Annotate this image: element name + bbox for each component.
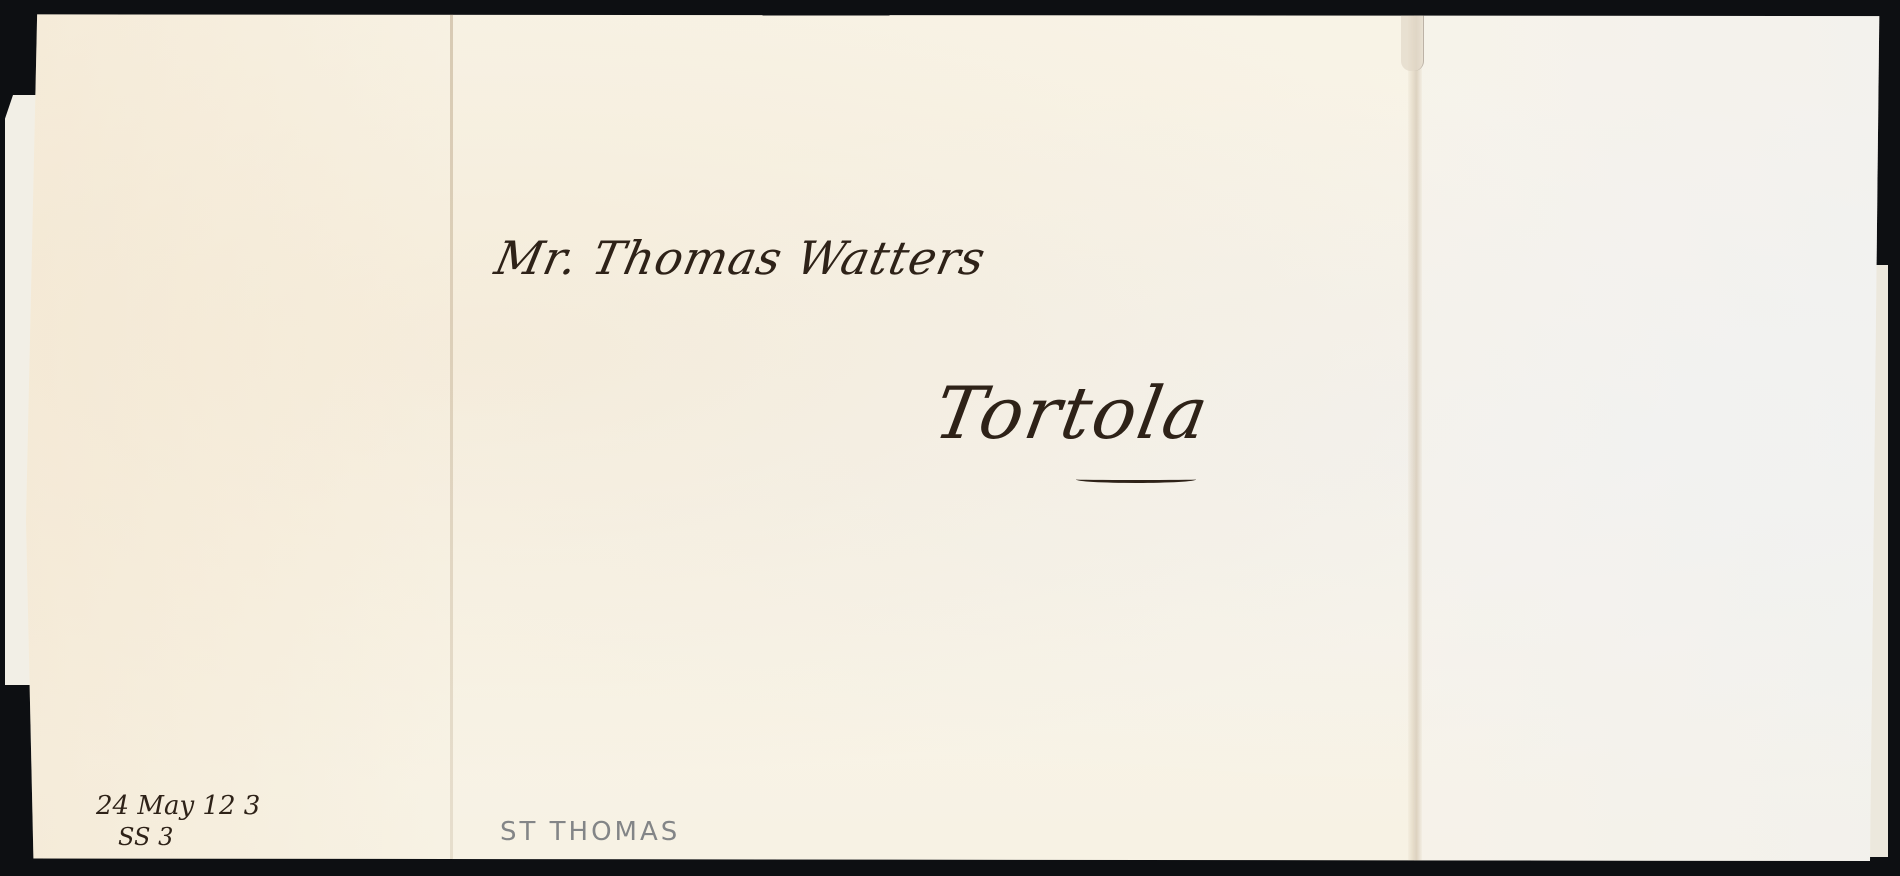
- fold-line-left: [450, 11, 453, 861]
- left-panel-fold: [26, 11, 450, 861]
- paper-tear: [1401, 11, 1424, 71]
- docket-note: SS 3: [118, 823, 173, 851]
- fold-line-right: [1408, 11, 1422, 861]
- destination-handwriting: Tortola: [929, 371, 1216, 455]
- postmark-handstamp: ST THOMAS: [500, 817, 680, 847]
- addressee-handwriting: Mr. Thomas Watters: [490, 231, 991, 285]
- docket-date: 24 May 12 3: [96, 791, 260, 821]
- right-panel-fold: [1414, 11, 1883, 861]
- letter-cover: Mr. Thomas Watters Tortola 24 May 12 3 S…: [26, 11, 1883, 861]
- destination-flourish: [1076, 476, 1196, 483]
